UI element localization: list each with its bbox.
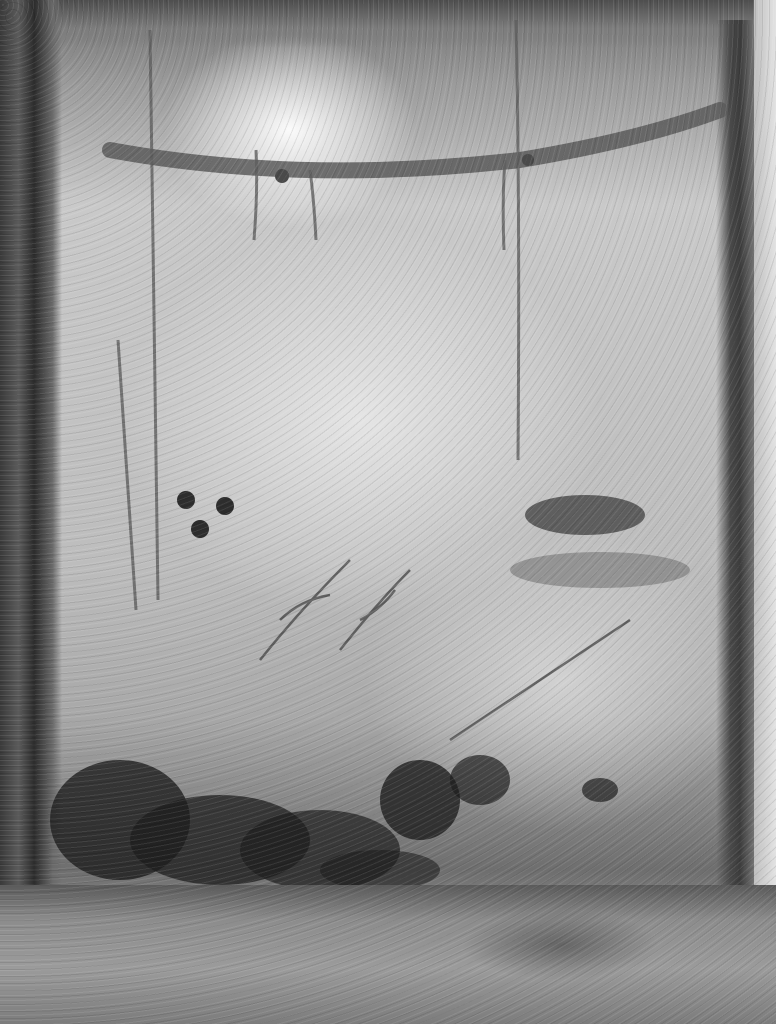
wall-painting-photo bbox=[0, 0, 776, 1024]
film-grain bbox=[0, 0, 776, 1024]
